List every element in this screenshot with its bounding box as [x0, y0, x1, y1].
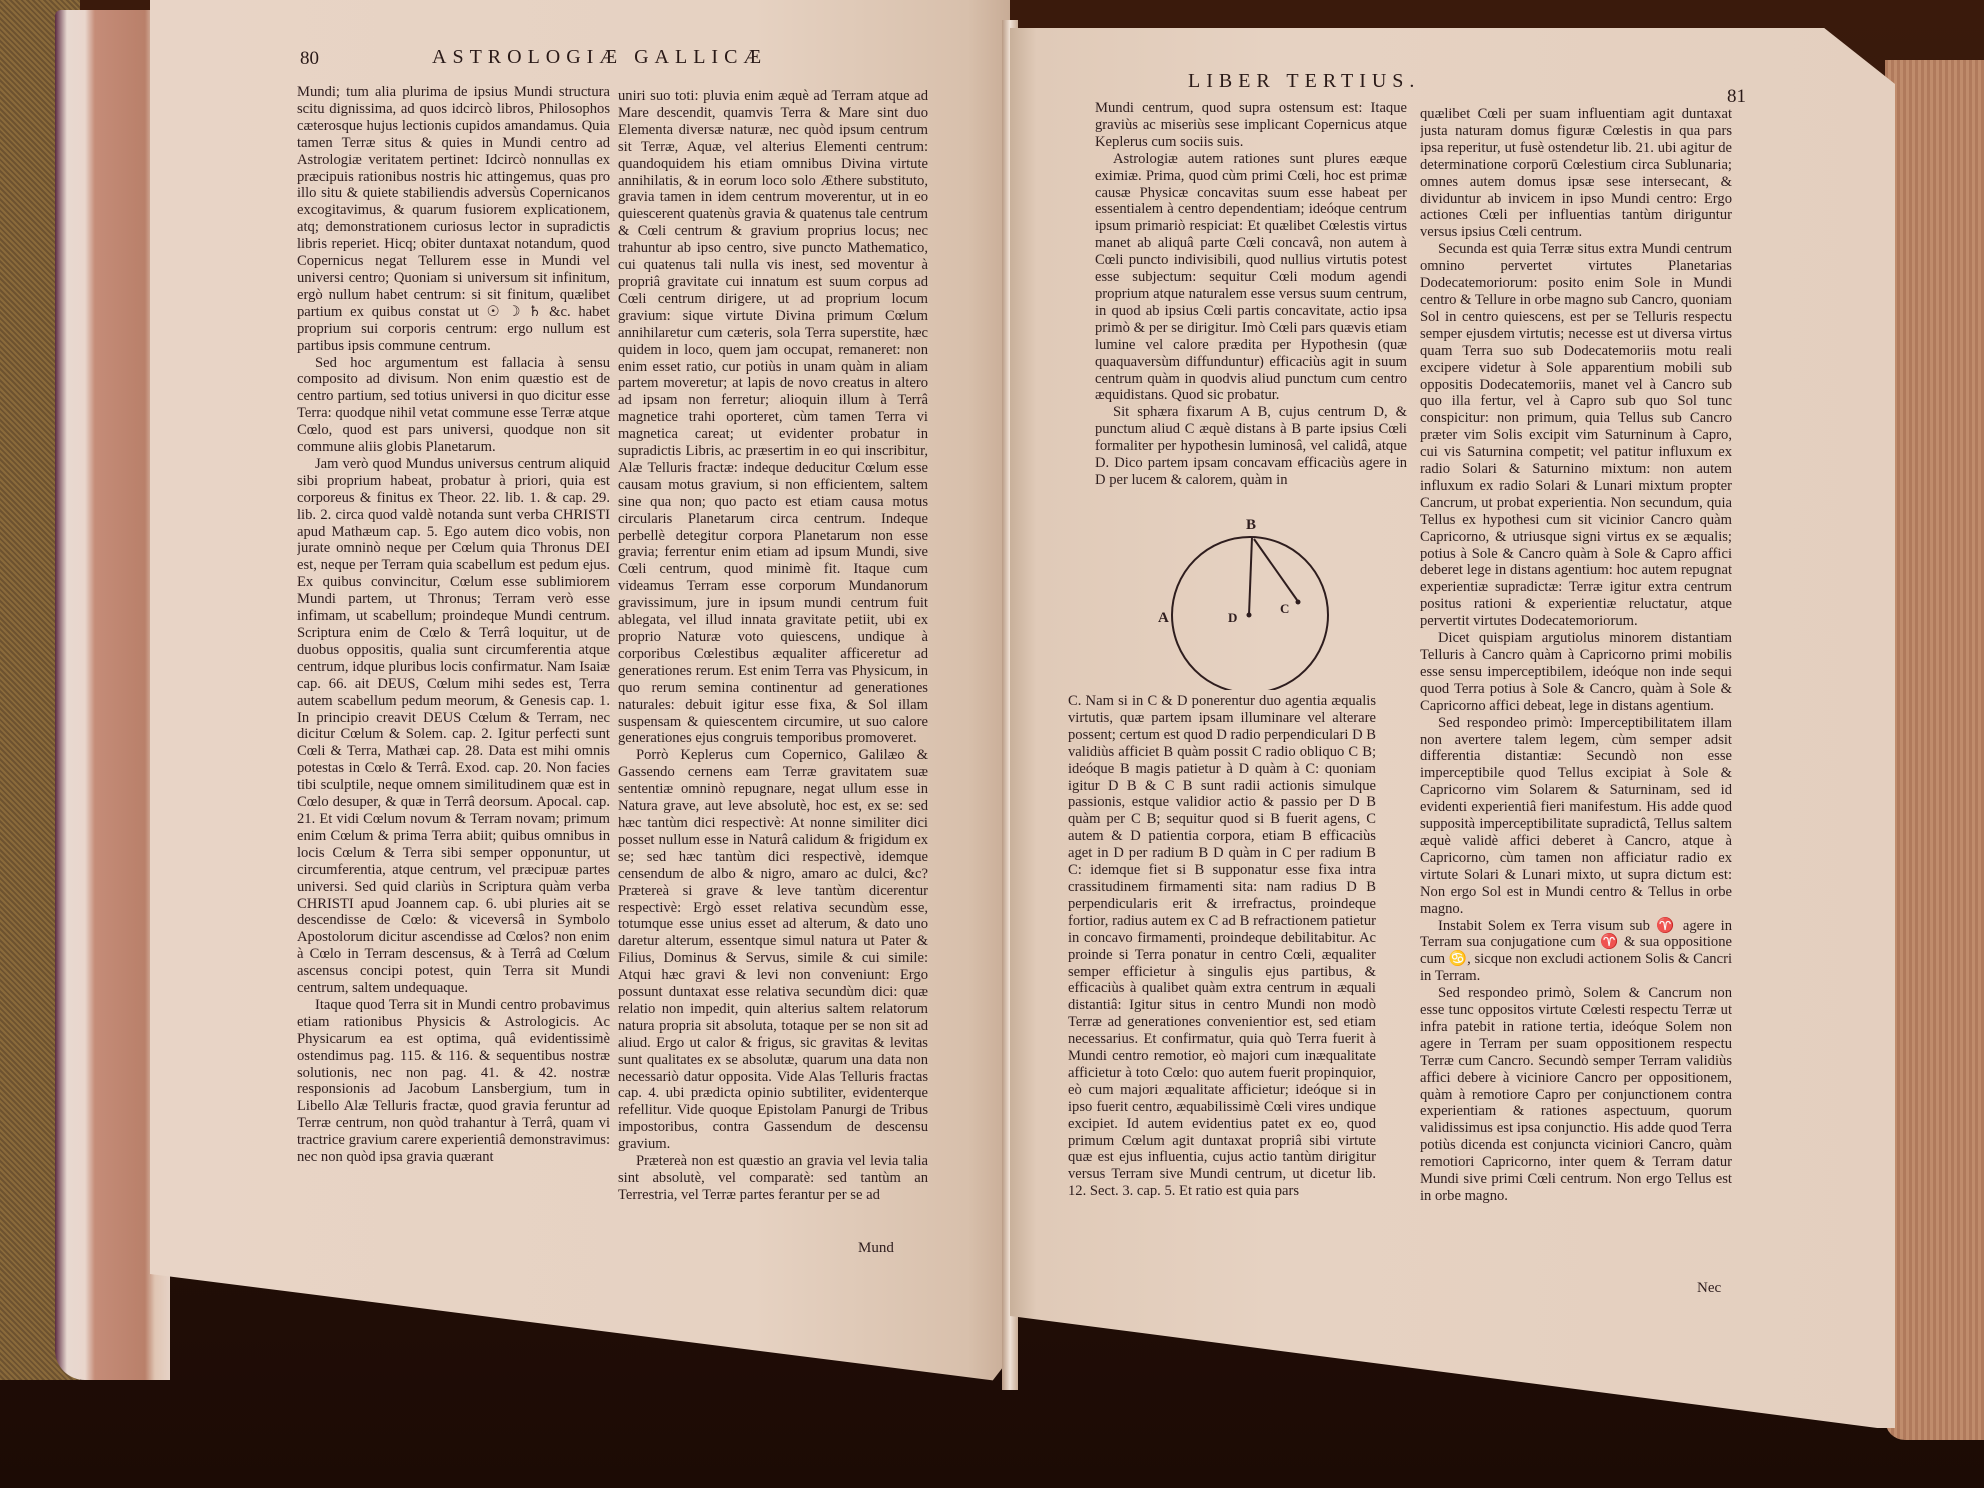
- right-running-head: LIBER TERTIUS.: [1188, 70, 1420, 93]
- paragraph: Dicet quispiam argutiolus minorem distan…: [1420, 630, 1732, 715]
- right-page-column-1-bottom: C. Nam si in C & D ponerentur duo agenti…: [1068, 693, 1376, 1253]
- label-c: C: [1280, 601, 1289, 616]
- paragraph: Sed respondeo primò: Imperceptibilitatem…: [1420, 715, 1732, 918]
- paragraph: Astrologiæ autem rationes sunt plures eæ…: [1095, 151, 1407, 405]
- left-page-number: 80: [300, 48, 319, 70]
- left-running-head: ASTROLOGIÆ GALLICÆ: [432, 46, 767, 69]
- paragraph: Sed respondeo primò, Solem & Cancrum non…: [1420, 985, 1732, 1205]
- paragraph: Prætereà non est quæstio an gravia vel l…: [618, 1153, 928, 1204]
- label-a: A: [1158, 610, 1169, 626]
- paragraph: Porrò Keplerus cum Copernico, Galilæo & …: [618, 747, 928, 1153]
- left-page-column-1: Mundi; tum alia plurima de ipsius Mundi …: [297, 84, 610, 1259]
- paragraph: Instabit Solem ex Terra visum sub ♈ ager…: [1420, 918, 1732, 986]
- photo-scene: 80 ASTROLOGIÆ GALLICÆ Mundi; tum alia pl…: [0, 0, 1984, 1488]
- paragraph: Mundi centrum, quod supra ostensum est: …: [1095, 100, 1407, 151]
- label-b: B: [1246, 517, 1256, 533]
- label-d: D: [1228, 610, 1237, 625]
- paragraph: quælibet Cœli per suam influentiam agit …: [1420, 106, 1732, 241]
- right-page-edges: [1885, 60, 1984, 1440]
- paragraph: Sed hoc argumentum est fallacia à sensu …: [297, 355, 610, 456]
- paragraph: Secunda est quia Terræ situs extra Mundi…: [1420, 241, 1732, 630]
- right-page-column-1-top: Mundi centrum, quod supra ostensum est: …: [1095, 100, 1407, 500]
- right-page-number: 81: [1727, 86, 1746, 108]
- left-page-column-2: uniri suo toti: pluvia enim æquè ad Terr…: [618, 88, 928, 1258]
- paragraph: Mundi; tum alia plurima de ipsius Mundi …: [297, 84, 610, 355]
- sphere-diagram-icon: B A D C: [1150, 505, 1410, 690]
- paragraph: Sit sphæra fixarum A B, cujus centrum D,…: [1095, 404, 1407, 489]
- paragraph: Itaque quod Terra sit in Mundi centro pr…: [297, 997, 610, 1166]
- paragraph: C. Nam si in C & D ponerentur duo agenti…: [1068, 693, 1376, 1200]
- left-catchword: Mund: [858, 1240, 894, 1257]
- geometric-figure: B A D C: [1150, 505, 1410, 690]
- paragraph: Jam verò quod Mundus universus centrum a…: [297, 456, 610, 997]
- right-page-column-2: quælibet Cœli per suam influentiam agit …: [1420, 106, 1732, 1266]
- right-catchword: Nec: [1697, 1280, 1721, 1297]
- paragraph: uniri suo toti: pluvia enim æquè ad Terr…: [618, 88, 928, 747]
